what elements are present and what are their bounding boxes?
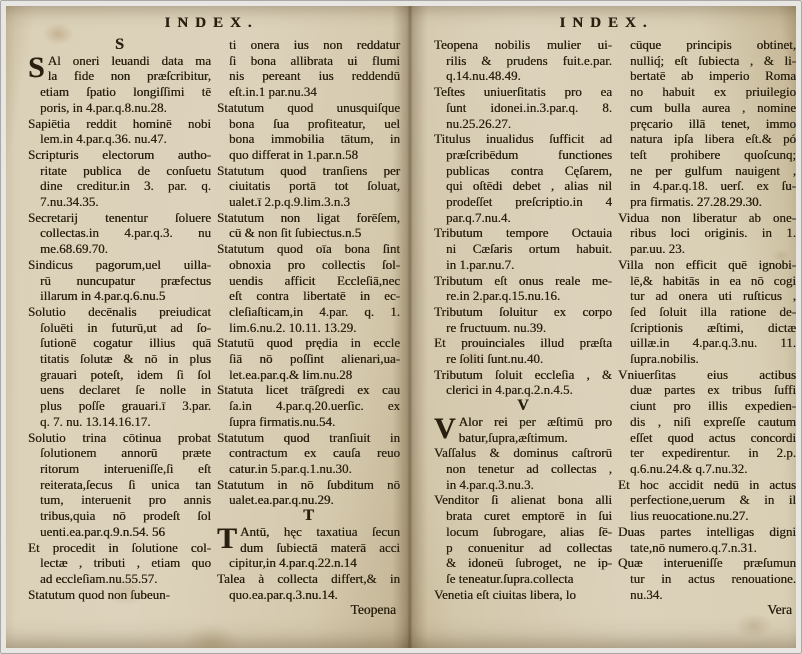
index-entry: Sindicus pagorum,uel uilla-rū nuncupatur… <box>28 257 211 304</box>
index-entry: Vaſſalus & dominus caſtrorūnon tenetur a… <box>434 445 612 492</box>
index-entry: Tributum ſoluit eccleſia , &clerici in 4… <box>434 367 612 398</box>
text-line: Statutum quod oīa bona ſint <box>217 241 400 257</box>
text-line: nu.34. <box>618 587 796 603</box>
text-line: Vaſſalus & dominus caſtrorū <box>434 445 612 461</box>
text-line: eſt.in.1 par.nu.34 <box>217 84 400 100</box>
text-line: tur ad onera uti ruſticus , <box>618 288 796 304</box>
index-entry: Solutio trina cōtinua probatſolutionem a… <box>28 430 211 540</box>
text-line: Sindicus pagorum,uel uilla- <box>28 257 211 273</box>
text-line: ſunt idonei.in.3.par.q. 8. <box>434 100 612 116</box>
text-line: par.uu. 23. <box>618 241 796 257</box>
text-line: Statutum quod non ſubeun- <box>28 587 211 603</box>
text-line: cūque principis obtinet, <box>618 37 796 53</box>
text-line: q.14.nu.48.49. <box>434 68 612 84</box>
index-entry: Vidua non liberatur ab one-ribus loci or… <box>618 210 796 257</box>
text-line: Villa non efficit quē ignobi- <box>618 257 796 273</box>
text-line: bona immobilia tātum, in <box>217 131 400 147</box>
index-entry: Venditor ſi alienat bona allibrata curet… <box>434 492 612 586</box>
text-line: lem.in 4.par.q.36. nu.47. <box>28 131 211 147</box>
text-line: ſutionē cogatur illius quā <box>28 335 211 351</box>
index-entry: Tributum tempore Octauiani Cæſaris ortum… <box>434 225 612 272</box>
text-line: dine creditur.in 3. par. q. <box>28 178 211 194</box>
text-line: in 4.par.q.3.nu.3. <box>434 477 612 493</box>
index-entry: Quæ interueniſſe præſumuntur in actus re… <box>618 555 796 602</box>
text-line: eſt contra libertatē in ec- <box>217 288 400 304</box>
index-entry: Et hoc accidit nedū in actusperfectione,… <box>618 477 796 524</box>
text-line: locum ſubrogare, alias ſē- <box>434 524 612 540</box>
drop-cap: S <box>28 53 48 81</box>
index-entry: Statutum in nō ſubditum nōualet.ea.par.q… <box>217 477 400 508</box>
text-line: la fide non præſcribitur, <box>28 68 211 84</box>
index-entry: Sapiētia reddit hominē nobilem.in 4.par.… <box>28 116 211 147</box>
text-line: ad eccleſiam.nu.55.57. <box>28 571 211 587</box>
text-line: no habuit ex priuilegio <box>618 84 796 100</box>
text-line: illarum in 4.par.q.6.nu.5 <box>28 288 211 304</box>
index-entry: Tributum eſt onus reale me-re.in 2.par.q… <box>434 273 612 304</box>
text-line: Tributum tempore Octauia <box>434 225 612 241</box>
text-line: cum bulla aurea , nomine <box>618 100 796 116</box>
index-entry: Teopena nobilis mulier ui-rilis & pruden… <box>434 37 612 84</box>
text-line: rū nuncupatur præfectus <box>28 273 211 289</box>
text-line: ſi bona allibrata ui flumi <box>217 53 400 69</box>
text-line: ſupra firmatis.nu.54. <box>217 414 400 430</box>
text-line: non tenetur ad collectas , <box>434 461 612 477</box>
text-line: publicas contra Cęſarem, <box>434 163 612 179</box>
text-line: contractum ex cauſa reuo <box>217 445 400 461</box>
text-line: tate,nō numero.q.7.n.31. <box>618 540 796 556</box>
index-entry: Duas partes intelligas dignitate,nō nume… <box>618 524 796 555</box>
text-line: Quæ interueniſſe præſumun <box>618 555 796 571</box>
text-line: ni Cæſaris ortum habuit. <box>434 241 612 257</box>
section-letter: V <box>434 398 612 414</box>
text-column-4: cūque principis obtinet,nulliq́; eſt ſub… <box>618 37 796 618</box>
index-entry: Solutio decēnalis preiudicatſoluēti in f… <box>28 304 211 430</box>
index-entry: Statutum quod non ſubeun- <box>28 587 211 603</box>
text-line: Et prouinciales illud præſta <box>434 335 612 351</box>
text-line: nis pereant ius reddendū <box>217 68 400 84</box>
left-page-columns: SSAl oneri leuandi data mala fide non pr… <box>6 37 410 618</box>
text-line: in 4.par.q.18. uerſ. ex ſu- <box>618 178 796 194</box>
page-right: INDEX. Teopena nobilis mulier ui-rilis &… <box>410 6 796 648</box>
text-line: ſupra.nobilis. <box>618 351 796 367</box>
index-entry: Villa non efficit quē ignobi-lē,& habitā… <box>618 257 796 367</box>
text-line: uendis afficit Eccleſiā,nec <box>217 273 400 289</box>
text-line: Antū, hęc taxatiua ſecun <box>217 524 400 540</box>
text-line: Et hoc accidit nedū in actus <box>618 477 796 493</box>
text-line: lius reuocatione.nu.27. <box>618 508 796 524</box>
text-line: ualet.ea.par.q.nu.29. <box>217 492 400 508</box>
index-entry: Statuta licet trāſgredi ex cauſa.in 4.pa… <box>217 382 400 429</box>
text-line: cleſiaſticam,in 4.par. q. 1. <box>217 304 400 320</box>
text-line: re.in 2.par.q.15.nu.16. <box>434 288 612 304</box>
text-line: q. 7. nu. 13.14.16.17. <box>28 414 211 430</box>
text-line: Secretarij tenentur ſoluere <box>28 210 211 226</box>
text-line: lim.6.nu.2. 10.11. 13.29. <box>217 320 400 336</box>
text-line: Teopena nobilis mulier ui- <box>434 37 612 53</box>
text-line: teſt prohibere quoſcunq; <box>618 147 796 163</box>
text-line: ualet.ī 2.p.q.9.lim.3.n.3 <box>217 194 400 210</box>
index-entry: Et prouinciales illud præſtare ſoliti ſu… <box>434 335 612 366</box>
text-line: ſa.in 4.par.q.20.uerſic. ex <box>217 398 400 414</box>
text-line: nu.25.26.27. <box>434 116 612 132</box>
text-line: clerici in 4.par.q.2.n.4.5. <box>434 382 612 398</box>
text-line: ritate publica de conſuetu <box>28 163 211 179</box>
text-line: in 1.par.nu.7. <box>434 257 612 273</box>
text-line: lē,& habitās in ea nō cogi <box>618 273 796 289</box>
index-entry: Et procedit in ſolutione col-lectæ , tri… <box>28 540 211 587</box>
section-letter: T <box>217 508 400 524</box>
text-line: rilis & prudens fuit.e.par. <box>434 53 612 69</box>
index-entry: Statutum quod oīa bona ſintobnoxia pro c… <box>217 241 400 335</box>
text-line: nulliq́; eſt ſubiecta , & li- <box>618 53 796 69</box>
page-header-right: INDEX. <box>410 15 796 32</box>
text-line: dum ſubiectā materā acci <box>217 540 400 556</box>
text-line: Statutum quod tranſiuit in <box>217 430 400 446</box>
text-line: obnoxia pro collectis ſol- <box>217 257 400 273</box>
text-line: Teſtes uniuerſitatis pro ea <box>434 84 612 100</box>
text-line: tur in actus renouatione. <box>618 571 796 587</box>
index-entry: SAl oneri leuandi data mala fide non præ… <box>28 53 211 116</box>
text-line: Vidua non liberatur ab one- <box>618 210 796 226</box>
text-column-1: SSAl oneri leuandi data mala fide non pr… <box>28 37 211 618</box>
text-line: catur.in 5.par.q.1.nu.30. <box>217 461 400 477</box>
text-line: quo differat in 1.par.n.58 <box>217 147 400 163</box>
text-line: Statutū quod prędia in eccle <box>217 335 400 351</box>
index-entry-continuation: cūque principis obtinet,nulliq́; eſt ſub… <box>618 37 796 210</box>
text-line: Solutio decēnalis preiudicat <box>28 304 211 320</box>
text-line: Statutum quod tranſiens per <box>217 163 400 179</box>
text-line: uillæ.in 4.par.q.3.nu. 11. <box>618 335 796 351</box>
text-line: Statutum in nō ſubditum nō <box>217 477 400 493</box>
text-line: & idoneū ſubroget, ne ip- <box>434 555 612 571</box>
text-line: p conuenitur ad collectas <box>434 540 612 556</box>
text-line: Solutio trina cōtinua probat <box>28 430 211 446</box>
text-line: etiam ſpatio longiſſimi tē <box>28 84 211 100</box>
text-column-2: ti onera ius non reddaturſi bona allibra… <box>217 37 400 618</box>
text-line: Al oneri leuandi data ma <box>28 53 211 69</box>
text-line: ſe teneatur.ſupra.collecta <box>434 571 612 587</box>
text-line: 7.nu.34.35. <box>28 194 211 210</box>
text-line: Et procedit in ſolutione col- <box>28 540 211 556</box>
text-line: re ſoliti ſunt.nu.40. <box>434 351 612 367</box>
text-line: Alor rei per æſtimū pro <box>434 414 612 430</box>
text-line: ti onera ius non reddatur <box>217 37 400 53</box>
page-left: INDEX. SSAl oneri leuandi data mala fide… <box>6 6 410 648</box>
text-line: grauari poteſt, idem ſi ſol <box>28 367 211 383</box>
text-line: pra firmatis. 27.28.29.30. <box>618 194 796 210</box>
drop-cap: V <box>434 414 459 442</box>
index-entry: Teſtes uniuerſitatis pro eaſunt idonei.i… <box>434 84 612 131</box>
text-line: let.ea.par.q.& lim.nu.28 <box>217 367 400 383</box>
section-letter: S <box>28 37 211 53</box>
text-line: perfectione,uerum & in il <box>618 492 796 508</box>
text-line: re fructuum. nu.39. <box>434 320 612 336</box>
text-line: bertatē ab imperio Roma <box>618 68 796 84</box>
page-header-left: INDEX. <box>6 15 410 32</box>
index-entry: Talea à collecta differt,& inquo.ea.par.… <box>217 571 400 602</box>
text-line: pręcario illā tenet, immo <box>618 116 796 132</box>
index-entry: Venetia eſt ciuitas libera, lo <box>434 587 612 603</box>
text-line: natura ipſa libera eſt.& pó <box>618 131 796 147</box>
text-line: prodeſſet preſcriptio.in 4 <box>434 194 612 210</box>
text-column-3: Teopena nobilis mulier ui-rilis & pruden… <box>434 37 612 618</box>
text-line: q.6.nu.24.& q.7.nu.32. <box>618 461 796 477</box>
text-line: ritorum interueniſſe,ſi eſt <box>28 461 211 477</box>
text-line: collectas.in 4.par.q.3. nu <box>28 225 211 241</box>
index-entry: Titulus inualidus ſufficit adpræſcribēdu… <box>434 131 612 225</box>
text-line: titatis ſolutæ & nō in plus <box>28 351 211 367</box>
text-line: tribus,quia nō prodeſt ſol <box>28 508 211 524</box>
text-line: Venditor ſi alienat bona alli <box>434 492 612 508</box>
text-line: ter expedirentur. in 2.p. <box>618 445 796 461</box>
index-entry: Statutū quod prędia in eccleſiā nō poſſi… <box>217 335 400 382</box>
text-line: Talea à collecta differt,& in <box>217 571 400 587</box>
catchword: Teopena <box>217 602 400 618</box>
text-line: par.q.7.nu.4. <box>434 210 612 226</box>
index-entry: Scripturis electorum autho-ritate public… <box>28 147 211 210</box>
text-line: ribus loci originis. in 1. <box>618 225 796 241</box>
text-line: Statutum non ligat forēſem, <box>217 210 400 226</box>
drop-cap: T <box>217 524 240 552</box>
text-line: Tributum ſoluitur ex corpo <box>434 304 612 320</box>
text-line: ciuitatis portā tot ſoluat, <box>217 178 400 194</box>
text-line: ſolutionem annorū præte <box>28 445 211 461</box>
text-line: poris, in 4.par.q.8.nu.28. <box>28 100 211 116</box>
index-entry: TAntū, hęc taxatiua ſecundum ſubiectā ma… <box>217 524 400 571</box>
text-line: Tributum ſoluit eccleſia , & <box>434 367 612 383</box>
index-entry: Statutum non ligat forēſem,cū & non ſit … <box>217 210 400 241</box>
book-spread: INDEX. SSAl oneri leuandi data mala fide… <box>6 6 796 648</box>
text-line: dis , niſi expreſſe cautum <box>618 414 796 430</box>
text-line: cipitur,in 4.par.q.22.n.14 <box>217 555 400 571</box>
text-line: ciunt pro illis expedien- <box>618 398 796 414</box>
text-line: quo.ea.par.q.3.nu.14. <box>217 587 400 603</box>
text-line: Tributum eſt onus reale me- <box>434 273 612 289</box>
text-line: duæ partes ex tribus ſuffi <box>618 382 796 398</box>
text-line: præſcribēdum functiones <box>434 147 612 163</box>
text-line: me.68.69.70. <box>28 241 211 257</box>
index-entry: VAlor rei per æſtimū probatur,ſupra,æſti… <box>434 414 612 445</box>
text-line: ſed ſoluit illa ratione de- <box>618 304 796 320</box>
text-line: Duas partes intelligas digni <box>618 524 796 540</box>
index-entry: Statutum quod tranſiens perciuitatis por… <box>217 163 400 210</box>
text-line: uenti.ea.par.q.9.n.54. 56 <box>28 524 211 540</box>
index-entry: Vniuerſitas eius actibusduæ partes ex tr… <box>618 367 796 477</box>
text-line: reiterata,ſecus ſi unica tan <box>28 477 211 493</box>
catchword: Vera <box>618 602 796 618</box>
text-line: ſcriptionis æſtimi, dictæ <box>618 320 796 336</box>
text-line: plus poſſe grauari.ī 3.par. <box>28 398 211 414</box>
text-line: Titulus inualidus ſufficit ad <box>434 131 612 147</box>
text-line: ne per gulfum nauigent , <box>618 163 796 179</box>
text-line: lectæ , tributi , etiam quo <box>28 555 211 571</box>
text-line: ſoluēti in futurū,ut ad ſo- <box>28 320 211 336</box>
text-line: Statuta licet trāſgredi ex cau <box>217 382 400 398</box>
index-entry: Statutum quod tranſiuit incontractum ex … <box>217 430 400 477</box>
index-entry: Statutum quod unusquiſquebona ſua profit… <box>217 100 400 163</box>
text-line: Venetia eſt ciuitas libera, lo <box>434 587 612 603</box>
index-entry: Tributum ſoluitur ex corpore fructuum. n… <box>434 304 612 335</box>
text-line: Scripturis electorum autho- <box>28 147 211 163</box>
text-line: Sapiētia reddit hominē nobi <box>28 116 211 132</box>
right-page-columns: Teopena nobilis mulier ui-rilis & pruden… <box>410 37 796 618</box>
text-line: bona ſua profiteatur, uel <box>217 116 400 132</box>
text-line: brata curet emptorē in ſui <box>434 508 612 524</box>
text-line: ſiā nō poſſint alienari,ua- <box>217 351 400 367</box>
text-line: cū & non ſit ſubiectus.n.5 <box>217 225 400 241</box>
scan-frame: INDEX. SSAl oneri leuandi data mala fide… <box>0 0 802 654</box>
text-line: uens declaret ſe nolle in <box>28 382 211 398</box>
text-line: batur,ſupra,æſtimum. <box>434 430 612 446</box>
text-line: Statutum quod unusquiſque <box>217 100 400 116</box>
text-line: qui oſtēdi debet , alias nil <box>434 178 612 194</box>
text-line: Vniuerſitas eius actibus <box>618 367 796 383</box>
text-line: eſſet quod actus concordi <box>618 430 796 446</box>
index-entry-continuation: ti onera ius non reddaturſi bona allibra… <box>217 37 400 100</box>
index-entry: Secretarij tenentur ſoluerecollectas.in … <box>28 210 211 257</box>
text-line: tum, interuenit pro annis <box>28 492 211 508</box>
